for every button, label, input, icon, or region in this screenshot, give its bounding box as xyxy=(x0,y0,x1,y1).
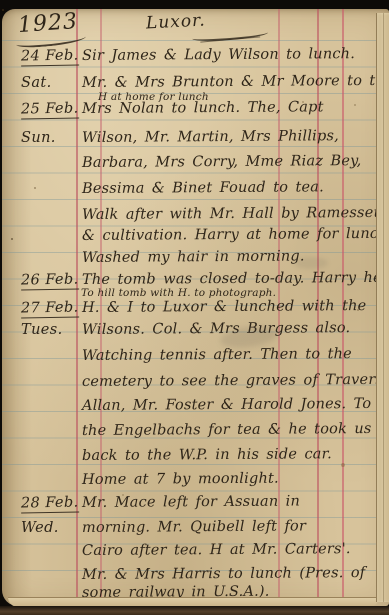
entry-date: 26 Feb. xyxy=(21,271,79,290)
entry-row: Washed my hair in morning. xyxy=(2,250,389,272)
entry-row: 25 Feb.Mrs Nolan to lunch. The, CaptH at… xyxy=(2,101,389,123)
diary-page: 1923 Luxor. 24 Feb.Sir James & Lady Wils… xyxy=(2,9,389,606)
entry-text: & cultivation. Harry at home for lunch. xyxy=(82,226,389,244)
entry-row: Tues.Wilsons. Col. & Mrs Burgess also. xyxy=(2,322,389,344)
entry-text: The tomb was closed to-day. Harry here xyxy=(82,270,389,288)
entry-text: Watching tennis after. Then to the xyxy=(82,346,352,364)
entry-row: back to the W.P. in his side car. xyxy=(2,448,389,470)
entry-text: Barbara, Mrs Corry, Mme Riaz Bey, xyxy=(82,153,362,171)
entry-interline-note: To hill tomb with H. to photograph. xyxy=(81,287,276,299)
entry-text: Mr. Mace left for Assuan in xyxy=(82,493,300,511)
diary-entries: 24 Feb.Sir James & Lady Wilson to lunch.… xyxy=(2,9,389,606)
entry-interline-note: H at home for lunch xyxy=(98,91,209,103)
entry-date: Tues. xyxy=(21,322,63,338)
entry-row: 27 Feb.H. & I to Luxor & lunched with th… xyxy=(2,300,389,322)
entry-text: Washed my hair in morning. xyxy=(82,248,305,266)
entry-row: Bessima & Binet Fouad to tea. xyxy=(2,181,389,203)
entry-row: Home at 7 by moonlight. xyxy=(2,472,389,494)
entry-text: H. & I to Luxor & lunched with the xyxy=(82,298,367,316)
entry-text: Cairo after tea. H at Mr. Carters'. xyxy=(82,541,351,559)
entry-row: Allan, Mr. Foster & Harold Jones. To xyxy=(2,398,389,420)
entry-text: Allan, Mr. Foster & Harold Jones. To xyxy=(82,396,371,414)
entry-date: 24 Feb. xyxy=(21,47,79,66)
entry-text: the Engelbachs for tea & he took us xyxy=(82,421,372,439)
entry-row: & cultivation. Harry at home for lunch. xyxy=(2,228,389,250)
entry-row: Wed.morning. Mr. Quibell left for xyxy=(2,520,389,542)
entry-text: Mr. & Mrs Brunton & Mr Moore to tea. xyxy=(82,73,389,91)
entry-row: 26 Feb.The tomb was closed to-day. Harry… xyxy=(2,272,389,294)
entry-row: 28 Feb.Mr. Mace left for Assuan in xyxy=(2,495,389,517)
entry-text: Sir James & Lady Wilson to lunch. xyxy=(82,46,355,64)
entry-row: Sun.Wilson, Mr. Martin, Mrs Phillips, xyxy=(2,130,389,152)
entry-text: morning. Mr. Quibell left for xyxy=(82,518,306,536)
photo-of-diary: { "page": { "year": "1923", "title": "Lu… xyxy=(0,0,389,615)
entry-text: cemetery to see the graves of Travers xyxy=(82,372,383,390)
fore-edge-pages xyxy=(376,13,389,602)
entry-date: Wed. xyxy=(21,520,59,536)
paper-specks xyxy=(2,9,4,11)
entry-row: Cairo after tea. H at Mr. Carters'. xyxy=(2,543,389,565)
entry-row: 24 Feb.Sir James & Lady Wilson to lunch. xyxy=(2,48,389,70)
entry-date: 27 Feb. xyxy=(21,299,79,318)
entry-text: Wilson, Mr. Martin, Mrs Phillips, xyxy=(82,128,339,146)
entry-date: Sun. xyxy=(21,130,56,146)
book-bottom-edge xyxy=(0,606,389,615)
entry-row: Barbara, Mrs Corry, Mme Riaz Bey, xyxy=(2,155,389,177)
entry-date: 25 Feb. xyxy=(21,100,79,119)
entry-row: cemetery to see the graves of Travers xyxy=(2,374,389,396)
entry-date: Sat. xyxy=(21,75,52,91)
entry-text: Wilsons. Col. & Mrs Burgess also. xyxy=(82,320,350,338)
entry-row: the Engelbachs for tea & he took us xyxy=(2,423,389,445)
entry-text: Mr. & Mrs Harris to lunch (Pres. of xyxy=(82,565,365,583)
entry-text: back to the W.P. in his side car. xyxy=(82,446,332,464)
entry-text: Bessima & Binet Fouad to tea. xyxy=(82,179,324,197)
ink-smudge xyxy=(294,257,328,269)
entry-date: 28 Feb. xyxy=(21,494,79,513)
entry-text: Home at 7 by moonlight. xyxy=(82,471,279,488)
entry-row: Watching tennis after. Then to the xyxy=(2,348,389,370)
page-crease xyxy=(383,13,384,602)
entry-text: Walk after with Mr. Hall by Ramesseum xyxy=(82,205,389,223)
